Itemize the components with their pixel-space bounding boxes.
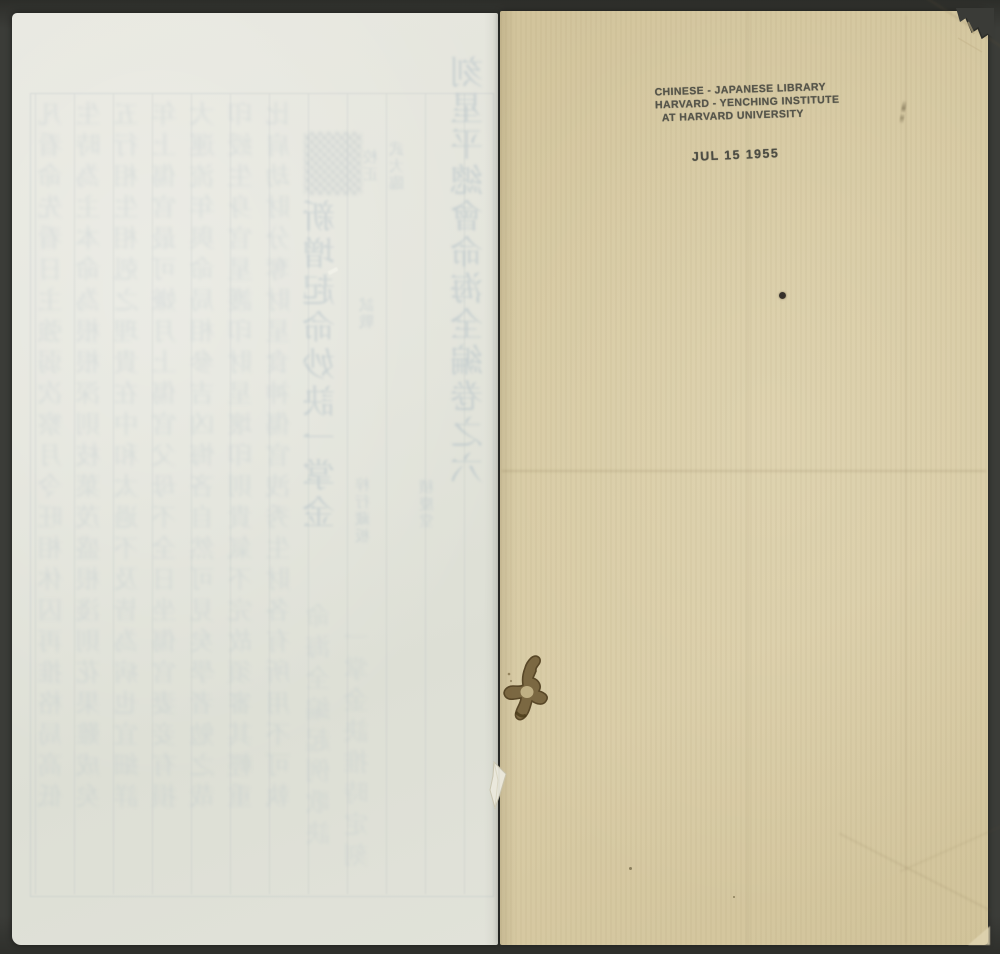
wormhole-mark bbox=[502, 650, 554, 734]
bleedthrough-annotation: 梓行藏板 bbox=[352, 477, 373, 587]
bleedthrough-cartouche bbox=[304, 132, 362, 195]
bleedthrough-annotation: 試戰 bbox=[356, 297, 377, 357]
bleedthrough-body-column: 印綬生身官星護印財星壞印則貴氣不完故須審其輕重 bbox=[224, 101, 260, 893]
corner-fold-mark bbox=[968, 926, 990, 945]
corner-tear-icon bbox=[938, 8, 994, 54]
bleedthrough-subtitle-column: 新增起命妙訣一掌金 bbox=[297, 199, 344, 599]
paper-speck bbox=[733, 896, 735, 898]
bleedthrough-body-column: 命海全編起例歌訣 bbox=[302, 603, 338, 893]
book-scan-photo: 刻星平總會命海全編卷之六 新增起命妙訣一掌金 武大臨 校正 試戰 積慶堂 梓行藏… bbox=[0, 0, 1000, 954]
wormhole-icon bbox=[502, 650, 554, 734]
left-page: 刻星平總會命海全編卷之六 新增起命妙訣一掌金 武大臨 校正 試戰 積慶堂 梓行藏… bbox=[12, 13, 498, 945]
paper-speck bbox=[629, 867, 632, 870]
bleedthrough-body-column: 一掌金訣推時定刻 bbox=[340, 625, 376, 893]
ink-dot-mark bbox=[779, 292, 786, 299]
paper-chip-icon bbox=[486, 760, 512, 812]
bleedthrough-body-column: 五行相生相剋之理貴在中和太過不及皆為病也宜細詳 bbox=[110, 101, 146, 893]
bleedthrough-body-column: 大運流年與命局相參吉凶悔吝自然可見矣學者勉之哉 bbox=[186, 101, 222, 893]
library-stamp: CHINESE - JAPANESE LIBRARY HARVARD - YEN… bbox=[654, 82, 810, 126]
bleedthrough-body-column: 生時為主本命為根根深則枝葉茂盛根淺則花果難成矣 bbox=[72, 101, 108, 893]
corner-tear-mark bbox=[938, 8, 994, 54]
bleedthrough-body-column: 比肩劫財分奪財星食神傷官洩秀生財各有所用不可執 bbox=[262, 101, 298, 893]
bleedthrough-annotation: 校正 bbox=[360, 149, 381, 209]
vertical-crease bbox=[905, 15, 907, 943]
paper-speck bbox=[758, 150, 760, 152]
paper-chip-mark bbox=[486, 760, 512, 812]
bleedthrough-annotation: 武大臨 bbox=[386, 141, 407, 221]
horizontal-crease bbox=[502, 470, 986, 472]
bleedthrough-body-column: 年上傷官最可嫌月上傷官父母不全日坐傷官妻妾有損 bbox=[148, 101, 184, 893]
bleedthrough-annotation: 積慶堂 bbox=[416, 479, 437, 569]
bleedthrough-body-column: 凡看命先看日主強弱次察月令旺相休囚再推格局高低 bbox=[34, 101, 70, 893]
